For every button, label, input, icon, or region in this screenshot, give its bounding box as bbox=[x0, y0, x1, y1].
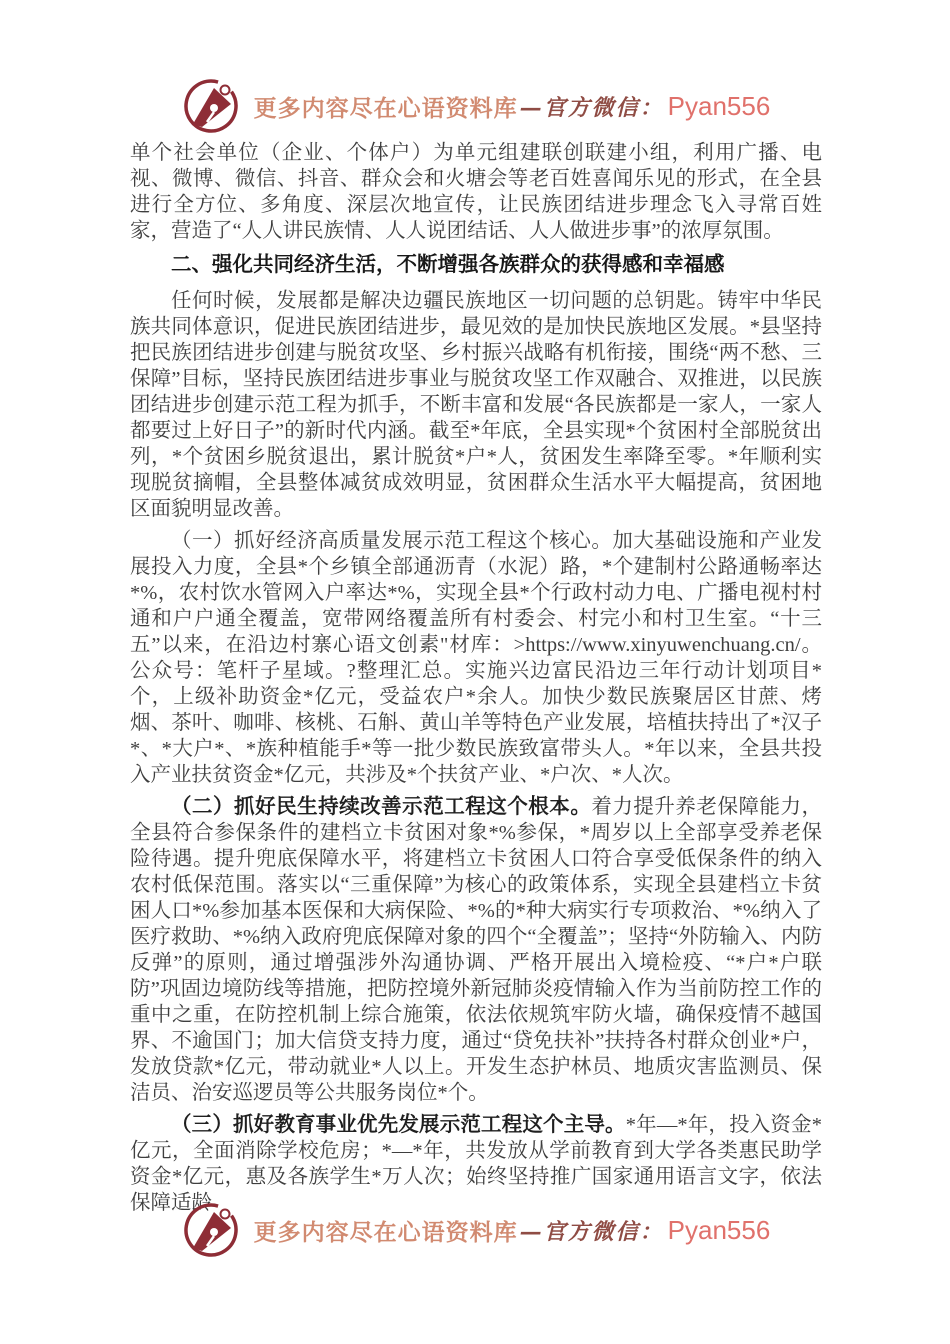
paragraph-item-3-lead: （三）抓好教育事业优先发展示范工程这个主导。 bbox=[171, 1114, 626, 1136]
paragraph-continuation: 单个社会单位（企业、个体户）为单元组建联创联建小组，利用广播、电视、微博、微信、… bbox=[130, 140, 822, 244]
footer-watermark: 更多内容尽在心语资料库 —官方微信： Pyan556 bbox=[0, 1198, 950, 1262]
header-watermark: 更多内容尽在心语资料库 —官方微信： Pyan556 bbox=[0, 74, 950, 138]
watermark-brand-text: 更多内容尽在心语资料库 bbox=[254, 1214, 518, 1247]
pen-logo-icon bbox=[180, 1200, 246, 1260]
watermark-wechat-id: Pyan556 bbox=[668, 91, 771, 122]
pen-logo-icon bbox=[180, 76, 246, 136]
paragraph-item-2: （二）抓好民生持续改善示范工程这个根本。着力提升养老保障能力，全县符合参保条件的… bbox=[130, 794, 822, 1106]
watermark-brand-text: 更多内容尽在心语资料库 bbox=[254, 90, 518, 123]
paragraph-item-2-body: 着力提升养老保障能力，全县符合参保条件的建档立卡贫困对象*%参保，*周岁以上全部… bbox=[130, 796, 822, 1104]
paragraph-item-2-lead: （二）抓好民生持续改善示范工程这个根本。 bbox=[171, 796, 591, 818]
watermark-wechat-label: —官方微信： bbox=[520, 1215, 664, 1246]
document-page: 更多内容尽在心语资料库 —官方微信： Pyan556 单个社会单位（企业、个体户… bbox=[0, 0, 950, 1344]
watermark-wechat-label: —官方微信： bbox=[520, 91, 664, 122]
section-heading: 二、强化共同经济生活，不断增强各族群众的获得感和幸福感 bbox=[130, 252, 822, 278]
document-content: 单个社会单位（企业、个体户）为单元组建联创联建小组，利用广播、电视、微博、微信、… bbox=[130, 140, 822, 1222]
watermark-wechat-id: Pyan556 bbox=[668, 1215, 771, 1246]
paragraph-development: 任何时候，发展都是解决边疆民族地区一切问题的总钥匙。铸牢中华民族共同体意识，促进… bbox=[130, 288, 822, 522]
paragraph-item-1: （一）抓好经济高质量发展示范工程这个核心。加大基础设施和产业发展投入力度，全县*… bbox=[130, 528, 822, 788]
